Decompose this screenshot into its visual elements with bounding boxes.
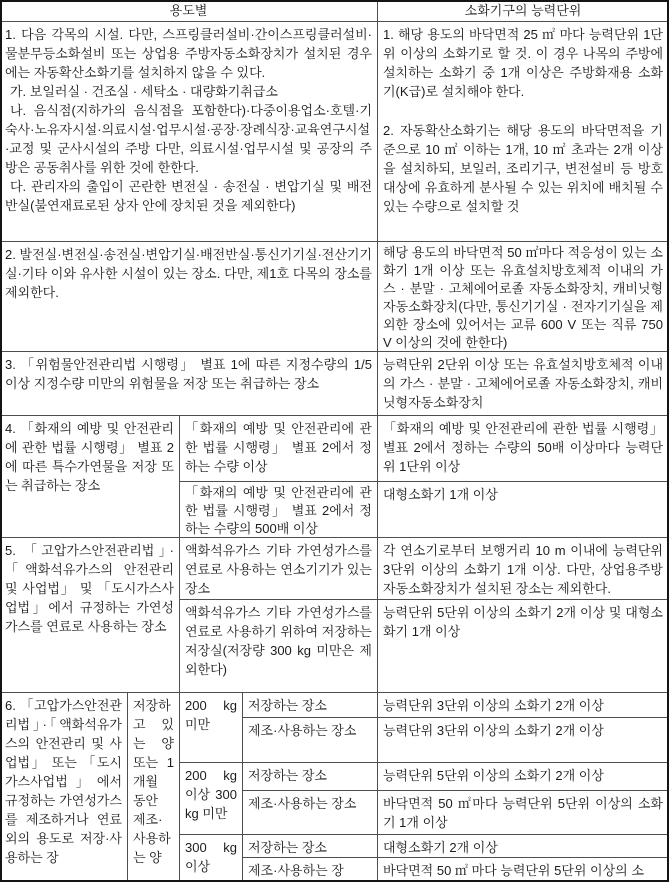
- row2-capability-cell: 해당 용도의 바닥면적 50 ㎡마다 적응성이 있는 소화기 1개 이상 또는 …: [378, 242, 669, 352]
- row2-usage-cell: 2. 발전실·변전실·송전실·변압기실·배전반실·통신기기실·전산기기실·기타 …: [0, 242, 378, 352]
- row1-usage-item-na: 나. 음식점(지하가의 음식점을 포함한다)·다중이용업소·호텔·기숙사·노유자…: [5, 101, 372, 177]
- row6-range3-capability2-cell: 바닥면적 50 ㎡ 마다 능력단위 5단위 이상의 소: [378, 858, 669, 882]
- row1-capability-paragraph-1: 1. 해당 용도의 바닥면적 25 ㎡ 마다 능력단위 1단위 이상의 소화기로…: [383, 25, 663, 101]
- row1-usage-intro: 1. 다음 각목의 시설. 다만, 스프링클러설비·간이스프링클러설비·물분무등…: [5, 25, 372, 82]
- row3-usage-cell: 3. 「위험물안전관리법 시행령」 별표 1에 따른 지정수량의 1/5 이상 …: [0, 352, 378, 416]
- row4-condition2-cell: 「화재의 예방 및 안전관리에 관한 법률 시행령」 별표 2에서 정하는 수량…: [180, 482, 378, 538]
- row3-capability-cell: 능력단위 2단위 이상 또는 유효설치방호체적 이내의 가스 · 분말 · 고체…: [378, 352, 669, 416]
- row6-range3-place2-cell: 제조·사용하는 장: [243, 858, 378, 882]
- row6-range1-capability1-cell: 능력단위 3단위 이상의 소화기 2개 이상: [378, 693, 669, 718]
- capability-column-header: 소화기구의 능력단위: [378, 0, 669, 22]
- row6-usage-cell: 6. 「고압가스안전관리법」·「액화석유가스의 안전관리 및 사업법」 또는 「…: [0, 693, 128, 882]
- row5-capability2-cell: 능력단위 5단위 이상의 소화기 2개 이상 및 대형소화기 1개 이상: [378, 600, 669, 693]
- row4-capability1-cell: 「화재의 예방 및 안전관리에 관한 법률 시행령」 별표 2에서 정하는 수량…: [378, 416, 669, 482]
- row5-condition1-cell: 액화석유가스 기타 가연성가스를 연료로 사용하는 연소기기가 있는 장소: [180, 538, 378, 600]
- row6-quantity-label-cell: 저장하고 있는 양 또는 1개월 동안 제조·사용하는 양: [128, 693, 180, 882]
- row6-range2-capability2-cell: 바닥면적 50 ㎡마다 능력단위 5단위 이상의 소화기 1개 이상: [378, 791, 669, 835]
- row1-usage-cell: 1. 다음 각목의 시설. 다만, 스프링클러설비·간이스프링클러설비·물분무등…: [0, 22, 378, 242]
- row6-range1-place1-cell: 저장하는 장소: [243, 693, 378, 718]
- row6-range2-place2-cell: 제조·사용하는 장소: [243, 791, 378, 835]
- row4-capability2-cell: 대형소화기 1개 이상: [378, 482, 669, 538]
- row6-range1-capability2-cell: 능력단위 3단위 이상의 소화기 2개 이상: [378, 718, 669, 763]
- row4-condition1-cell: 「화재의 예방 및 안전관리에 관한 법률 시행령」 별표 2에서 정하는 수량…: [180, 416, 378, 482]
- row6-range1-place2-cell: 제조·사용하는 장소: [243, 718, 378, 763]
- row6-range3-capability1-cell: 대형소화기 2개 이상: [378, 835, 669, 858]
- row6-range2-capability1-cell: 능력단위 5단위 이상의 소화기 2개 이상: [378, 763, 669, 791]
- row1-usage-item-da: 다. 관리자의 출입이 곤란한 변전실 · 송전실 · 변압기실 및 배전반실(…: [5, 177, 372, 215]
- row6-range2-place1-cell: 저장하는 장소: [243, 763, 378, 791]
- row1-capability-paragraph-2: 2. 자동확산소화기는 해당 용도의 바닥면적을 기준으로 10 ㎡ 이하는 1…: [383, 121, 663, 216]
- row5-capability1-cell: 각 연소기로부터 보행거리 10 m 이내에 능력단위 3단위 이상의 소화기 …: [378, 538, 669, 600]
- row5-usage-cell: 5. 「고압가스안전관리법」·「액화석유가스의 안전관리 및 사업법」 및 「도…: [0, 538, 180, 693]
- row1-usage-item-ga: 가. 보일러실 · 건조실 · 세탁소 · 대량화기취급소: [5, 82, 372, 101]
- document-page: 용도별 소화기구의 능력단위 1. 다음 각목의 시설. 다만, 스프링클러설비…: [0, 0, 669, 882]
- row6-range2-cell: 200 kg 이상 300 kg 미만: [180, 763, 243, 835]
- usage-column-header: 용도별: [0, 0, 378, 22]
- row5-condition2-cell: 액화석유가스 기타 가연성가스를 연료로 사용하기 위하여 저장하는 저장실(저…: [180, 600, 378, 693]
- row6-range3-place1-cell: 저장하는 장소: [243, 835, 378, 858]
- row1-capability-cell: 1. 해당 용도의 바닥면적 25 ㎡ 마다 능력단위 1단위 이상의 소화기로…: [378, 22, 669, 242]
- row6-range3-cell: 300 kg 이상: [180, 835, 243, 882]
- row6-range1-cell: 200 kg 미만: [180, 693, 243, 763]
- row4-usage-cell: 4. 「화재의 예방 및 안전관리에 관한 법률 시행령」 별표 2에 따른 특…: [0, 416, 180, 538]
